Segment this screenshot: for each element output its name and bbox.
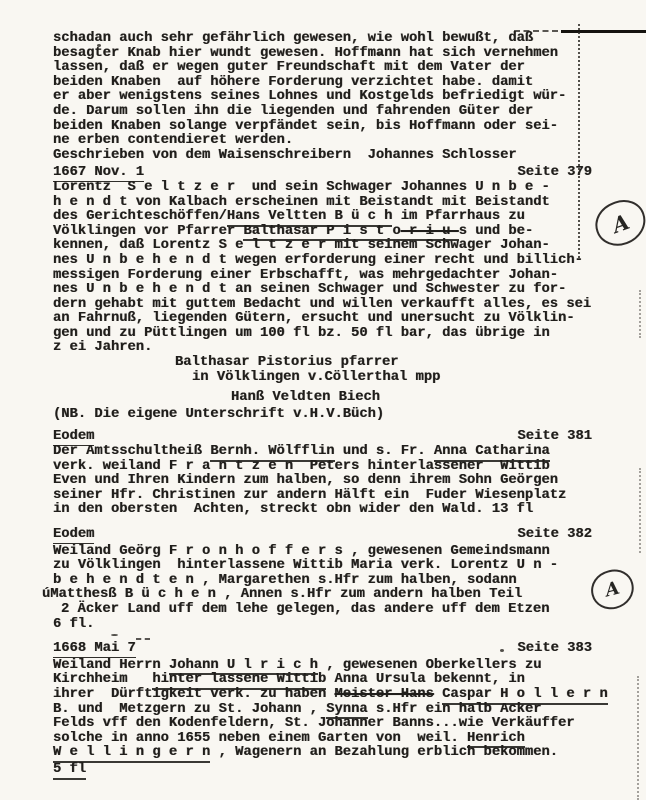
text-segment: Der Amtsschultheiß (53, 445, 210, 460)
text-line: Weiland Geörg F r o n h o f f e r s , ge… (53, 545, 592, 560)
text-line: in den obersten Achten, streckt obn wide… (53, 503, 592, 518)
text-line: úMatthesß B ü c h e n , Annen s.Hfr zum … (42, 588, 592, 603)
fold-line (637, 676, 639, 800)
text-line: nes U n b e h e n d t an seinen Schwager… (53, 283, 592, 298)
text-line: h e n d t von Kalbach erscheinen mit Bei… (53, 196, 592, 211)
text-segment: ne erben contendieret werden. (53, 134, 293, 149)
text-segment: Matthesß B ü c h e n , Annen s.Hfr zum a… (50, 588, 522, 603)
text-line: Lorentz S e l t z e r und sein Schwager … (53, 181, 592, 196)
text-segment: beiden Knaben solange verpfändet sein, b… (53, 120, 558, 135)
text-segment: messigen Forderung einer Erbschafft, was… (53, 269, 558, 284)
text-segment: Anna Ursula bekennt, in (326, 673, 525, 688)
text-line: (NB. Die eigene Unterschrift v.H.V.Büch) (53, 408, 592, 423)
text-segment: 5 fl (53, 763, 86, 780)
text-segment: in Völklingen v.Cöllerthal mpp (192, 371, 440, 386)
text-segment: 6 fl. (53, 618, 94, 633)
fold-line (578, 24, 580, 258)
scan-speck (500, 649, 504, 652)
text-line: 1667 Nov. 1Seite 379 (53, 166, 592, 181)
text-segment: schadan auch sehr gefährlich gewesen, wi… (53, 32, 533, 47)
text-segment: zu Völklingen hinterlassene Wittib Maria… (53, 559, 558, 574)
text-segment: Geschrieben von dem Waisenschreibern Joh… (53, 149, 517, 164)
text-segment: Balthasar Pistorius pfarrer (175, 356, 399, 371)
document-text: schadan auch sehr gefährlich gewesen, wi… (53, 32, 592, 778)
text-line: in Völklingen v.Cöllerthal mpp (192, 371, 592, 386)
text-segment: Meister Hans (335, 688, 434, 703)
page-number: Seite 379 (517, 166, 592, 181)
fold-line (514, 30, 558, 32)
text-segment: , Wagenern an Bezahlung erblich bekommen… (210, 746, 558, 761)
text-line: 6 fl. (53, 618, 592, 633)
text-line: schadan auch sehr gefährlich gewesen, wi… (53, 32, 592, 47)
text-line: B. und Metzgern zu St. Johann , Synna s.… (53, 703, 592, 718)
text-segment: B. und Metzgern zu St. Johann , (53, 703, 326, 718)
text-line: zu Völklingen hinterlassene Wittib Maria… (53, 559, 592, 574)
text-segment: nes U n b e h e n d t an seinen Schwager… (53, 283, 566, 298)
scan-speck (97, 44, 101, 47)
text-segment: kennen, daß Lorentz S e l t z e r mit se… (53, 239, 550, 254)
circled-a-annotation: A (589, 194, 646, 253)
text-segment (434, 688, 442, 703)
text-line: EodemSeite 381 (53, 430, 592, 445)
text-segment: z ei Jahren. (53, 341, 152, 356)
text-segment: besagter Knab hier wundt gewesen. Hoffma… (53, 47, 558, 62)
text-line: nes U n b e h e n d t wegen erforderung … (53, 254, 592, 269)
document-page: schadan auch sehr gefährlich gewesen, wi… (0, 0, 646, 800)
text-segment: Lorentz S e l t z e r und sein Schwager … (53, 181, 550, 196)
text-line: besagter Knab hier wundt gewesen. Hoffma… (53, 47, 592, 62)
text-segment: Kirchheim (53, 673, 152, 688)
text-line: Even und Ihren Kindern zum halben, so de… (53, 474, 592, 489)
text-line: kennen, daß Lorentz S e l t z e r mit se… (53, 239, 592, 254)
text-line: an Fahrnuß, liegenden Gütern, ersucht un… (53, 312, 592, 327)
text-segment: er aber wenigstens seines Lohnes und Kos… (53, 90, 566, 105)
circled-a-annotation: A (587, 565, 638, 613)
text-segment: Felds vff den Kodenfeldern, St. Johanner… (53, 717, 575, 732)
text-line: ihrer Dürftigkeit verk. zu haben Meister… (53, 688, 592, 703)
fold-line (561, 30, 646, 33)
text-segment: h e n d t von Kalbach erscheinen mit Bei… (53, 196, 550, 211)
text-line: beiden Knaben solange verpfändet sein, b… (53, 120, 592, 135)
text-line: lassen, daß er wegen guter Freundschaft … (53, 61, 592, 76)
text-segment: s.Hfr ein halb Acker (368, 703, 542, 718)
text-line: ne erben contendieret werden. (53, 134, 592, 149)
page-number: Seite 383 (517, 642, 592, 657)
text-line: W e l l i n g e r n , Wagenern an Bezahl… (53, 746, 592, 761)
text-segment: ihrer Dürftigkeit verk. zu haben (53, 688, 335, 703)
text-segment: an Fahrnuß, liegenden Gütern, ersucht un… (53, 312, 575, 327)
text-segment: im Pfarrhaus zu (392, 210, 524, 225)
page-number: Seite 381 (517, 430, 592, 445)
text-segment: (NB. Die eigene Unterschrift v.H.V.Büch) (53, 408, 384, 423)
text-line: z ei Jahren. (53, 341, 592, 356)
text-line: Der Amtsschultheiß Bernh. Wölfflin und s… (53, 445, 592, 460)
text-segment: Eodem (53, 528, 94, 544)
text-line: er aber wenigstens seines Lohnes und Kos… (53, 90, 592, 105)
text-line: Geschrieben von dem Waisenschreibern Joh… (53, 149, 592, 164)
text-line: 1668 Mai 7Seite 383 (53, 642, 592, 657)
text-line: des Gerichteschöffen/Hans Veltten B ü c … (53, 210, 592, 225)
text-segment: Weiland Geörg F r o n h o f f e r s , ge… (53, 545, 550, 560)
scan-speck (378, 52, 381, 55)
scan-speck (111, 634, 118, 636)
text-segment: des Gerichteschöffen/ (53, 210, 227, 225)
text-segment: 2 Äcker Land uff dem lehe gelegen, das a… (61, 603, 550, 618)
text-segment: und s. Fr. (335, 445, 434, 460)
text-line: messigen Forderung einer Erbschafft, was… (53, 269, 592, 284)
fold-line (639, 468, 641, 553)
text-line: Hanß Veldten Biech (231, 391, 592, 406)
text-segment: W e l l i n g e r n (53, 746, 210, 763)
text-line: 2 Äcker Land uff dem lehe gelegen, das a… (61, 603, 592, 618)
fold-line (639, 290, 641, 338)
text-segment: in den obersten Achten, streckt obn wide… (53, 503, 533, 518)
text-line: Balthasar Pistorius pfarrer (175, 356, 592, 371)
text-segment: de. Darum sollen ihn die liegenden und f… (53, 105, 533, 120)
text-line: de. Darum sollen ihn die liegenden und f… (53, 105, 592, 120)
text-line: EodemSeite 382 (53, 528, 592, 543)
page-number: Seite 382 (517, 528, 592, 543)
text-line: 5 fl (53, 763, 592, 778)
text-segment: Hanß Veldten Biech (231, 391, 380, 406)
text-segment: lassen, daß er wegen guter Freundschaft … (53, 61, 525, 76)
text-segment: Even und Ihren Kindern zum halben, so de… (53, 474, 558, 489)
text-line: Felds vff den Kodenfeldern, St. Johanner… (53, 717, 592, 732)
text-segment: nes U n b e h e n d t wegen erforderung … (53, 254, 583, 269)
fold-line (136, 638, 150, 640)
text-line: Kirchheim hinter lassene Wittib Anna Urs… (53, 673, 592, 688)
text-segment: 1668 Mai 7 (53, 642, 136, 658)
